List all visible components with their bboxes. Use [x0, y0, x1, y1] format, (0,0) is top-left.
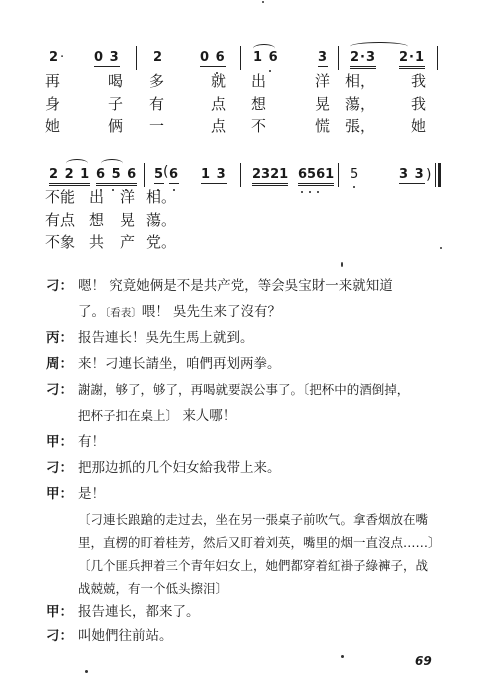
barline [136, 46, 137, 70]
notation-system-1: 2 · 0 3 2 0 6 1 6 3 2·3 2·1 [45, 50, 445, 78]
lyric: 身 [45, 95, 60, 113]
lyric: 蕩， [345, 95, 375, 113]
dialogue-continuation: 把杯子扣在桌上〕 来人哪！ [78, 407, 236, 425]
lyric: 張， [345, 117, 375, 135]
lyric: 俩 [108, 117, 123, 135]
speaker-label: 刁： [46, 277, 78, 295]
lyric: 出 [89, 188, 104, 206]
lyric: 不 [251, 117, 266, 135]
dialogue-line: 甲：报告連长，都来了。 [46, 603, 200, 621]
dialogue-line: 刁：把那边抓的几个妇女給我带上来。 [46, 459, 281, 477]
dialogue-text: 报告連长！吳先生馬上就到。 [78, 330, 254, 346]
octave-dot [309, 191, 311, 193]
lyric: 再 [45, 72, 60, 90]
note-group: 2321 [252, 167, 288, 186]
lyric: 党。 [146, 233, 176, 251]
lyric: 我 [411, 95, 426, 113]
speaker-label: 刁： [46, 459, 78, 477]
note: 6 [169, 167, 179, 184]
lyric: 喝 [108, 72, 123, 90]
lyric: 共 [89, 233, 104, 251]
octave-dot [112, 189, 114, 191]
barline [437, 46, 438, 70]
note-group: 2 2 1 [49, 167, 90, 186]
dialogue-line: 刁：叫她們往前站。 [46, 627, 173, 645]
lyric: 就 [211, 72, 226, 90]
speaker-label: 刁： [46, 627, 78, 645]
lyric: 洋 [120, 188, 135, 206]
stage-direction: 〔看表〕 [105, 307, 142, 319]
dialogue-text: 謝謝，够了，够了，再喝就要誤公事了。〔把杯中的酒倒掉， [78, 382, 409, 397]
lyric: 不象 [45, 233, 75, 251]
lyric: 她 [411, 117, 426, 135]
lyric: 点 [211, 95, 226, 113]
scan-speck [262, 1, 264, 3]
stage-direction: 〔刁連长踉蹌的走过去，坐在另一張桌子前吹气。拿香烟放在嘴 [78, 511, 428, 529]
lyric: 洋 [315, 72, 330, 90]
dialogue-line: 甲：是！ [46, 485, 105, 503]
note-group: 0 6 [200, 50, 226, 67]
lyric: 她 [45, 117, 60, 135]
octave-dot [301, 191, 303, 193]
note: 2 [153, 50, 163, 66]
open-paren: ( [163, 164, 168, 180]
lyric: 不能 [45, 188, 75, 206]
speaker-label: 甲： [46, 603, 78, 621]
lyric: 子 [108, 95, 123, 113]
note-group: 3 3 [399, 167, 425, 184]
final-barline [438, 163, 441, 187]
lyric: 晃 [315, 95, 330, 113]
dialogue-text: 报告連长，都来了。 [78, 604, 200, 620]
lyric: 出 [251, 72, 266, 90]
note: 2 [49, 50, 59, 66]
book-page: 2 · 0 3 2 0 6 1 6 3 2·3 2·1 再 喝 多 就 出 洋 … [0, 0, 490, 691]
note-group: 6561 [298, 167, 334, 186]
dialogue-line: 刁：嗯！ 究竟她俩是不是共产党，等会吳宝財一来就知道 [46, 277, 393, 295]
dialogue-line: 周：来！刁連长請坐，咱們再划两拳。 [46, 355, 281, 373]
lyric: 想 [89, 211, 104, 229]
octave-dot [269, 70, 271, 72]
note-group: 2·3 [350, 50, 376, 69]
note-group: 0 3 [94, 50, 120, 67]
note-group: 1 6 [253, 50, 279, 66]
stage-direction: 〔几个匪兵押着三个青年妇女上，她們都穿着紅褂子綠褲子，战 [78, 557, 428, 575]
notation-system-2: 2 2 1 6 5 6 5 ( 6 1 3 2321 6561 5 3 3 ) [45, 167, 445, 195]
dialogue-text: 把那边抓的几个妇女給我带上来。 [78, 460, 281, 476]
lyric: 有点 [45, 211, 75, 229]
lyric: 一 [149, 117, 164, 135]
dialogue-line: 刁：謝謝，够了，够了，再喝就要誤公事了。〔把杯中的酒倒掉， [46, 381, 409, 399]
scan-speck [85, 670, 88, 673]
dialogue-line: 甲：有！ [46, 433, 105, 451]
stage-direction: 把杯子扣在桌上〕 [78, 408, 178, 423]
lyric: 点 [211, 117, 226, 135]
barline [338, 163, 339, 187]
lyric: 相。 [146, 188, 176, 206]
scan-speck [440, 247, 442, 249]
dialogue-text: 叫她們往前站。 [78, 628, 173, 644]
note-group: 6 5 6 [96, 167, 137, 186]
lyric: 产 [120, 233, 135, 251]
lyric: 想 [251, 95, 266, 113]
scan-speck [341, 655, 344, 658]
lyric: 相， [345, 72, 375, 90]
dialogue-text: 是！ [78, 486, 105, 502]
dialogue-line: 丙：报告連长！吳先生馬上就到。 [46, 329, 254, 347]
speaker-label: 甲： [46, 433, 78, 451]
stage-direction: 里，直楞的盯着桂芳，然后又盯着刘英，嘴里的烟一直沒点……〕 [78, 534, 441, 552]
note-dot: · [60, 50, 65, 66]
lyric: 蕩。 [146, 211, 176, 229]
note: 3 [318, 50, 328, 67]
lyric: 慌 [315, 117, 330, 135]
note: 5 [350, 167, 359, 183]
barline [144, 163, 145, 187]
dialogue-text: 了。 [78, 304, 105, 320]
dialogue-text: 喂！ 吳先生来了沒有？ [142, 304, 281, 320]
note-group: 1 3 [201, 167, 227, 184]
close-paren: ) [426, 167, 431, 183]
note-group: 2·1 [399, 50, 425, 69]
speaker-label: 丙： [46, 329, 78, 347]
barline [240, 163, 241, 187]
page-number: 69 [415, 654, 432, 668]
dialogue-text: 来人哪！ [182, 408, 236, 424]
dialogue-text: 有！ [78, 434, 105, 450]
lyric: 有 [149, 95, 164, 113]
lyric: 我 [411, 72, 426, 90]
octave-dot [317, 191, 319, 193]
dialogue-text: 来！刁連长請坐，咱們再划两拳。 [78, 356, 281, 372]
barline [338, 46, 339, 70]
barline [240, 46, 241, 70]
stage-direction: 战兢兢，有一个低头擦泪〕 [78, 580, 228, 598]
speaker-label: 刁： [46, 381, 78, 399]
lyric: 多 [149, 72, 164, 90]
barline [435, 163, 436, 187]
dialogue-continuation: 了。〔看表〕喂！ 吳先生来了沒有？ [78, 303, 281, 322]
scan-speck [341, 262, 343, 267]
octave-dot [353, 186, 355, 188]
dialogue-text: 嗯！ 究竟她俩是不是共产党，等会吳宝財一来就知道 [78, 278, 393, 294]
speaker-label: 甲： [46, 485, 78, 503]
speaker-label: 周： [46, 355, 78, 373]
lyric: 晃 [120, 211, 135, 229]
